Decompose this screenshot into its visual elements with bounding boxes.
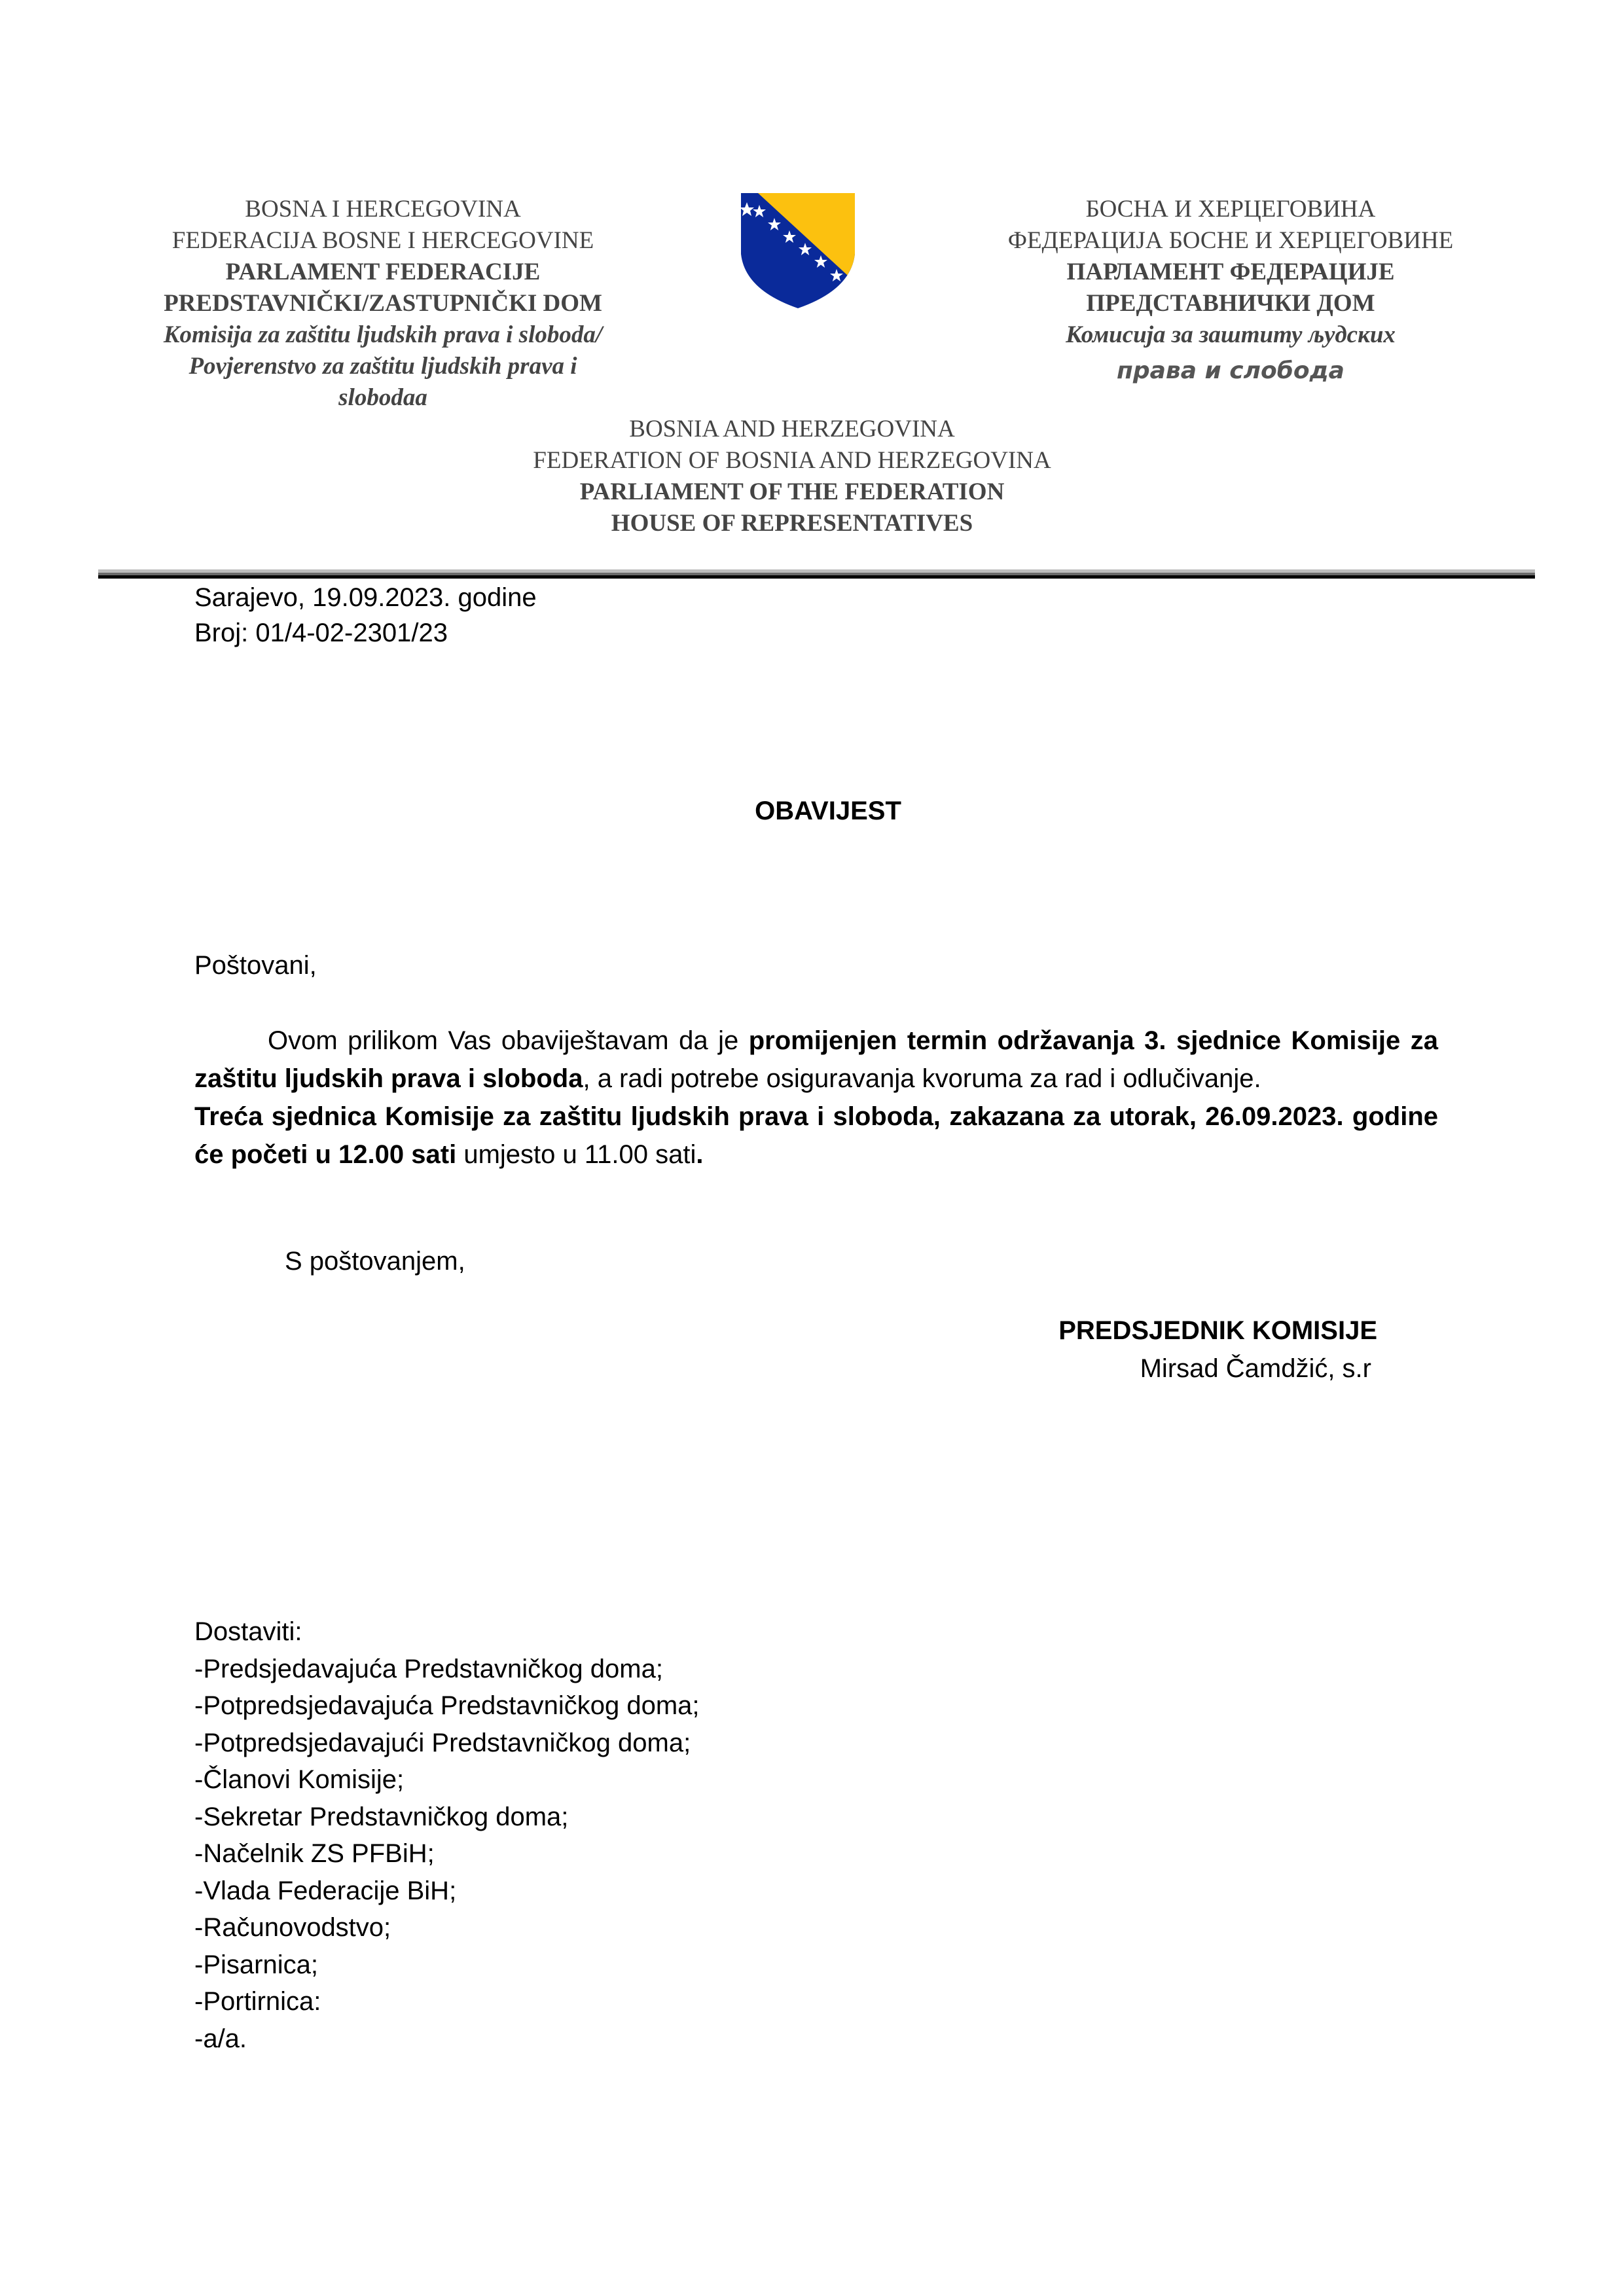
header-english-block: BOSNIA AND HERZEGOVINA FEDERATION OF BOS… (406, 414, 1178, 539)
header-commission-cyr-cont: права и слобода (956, 351, 1506, 391)
paragraph-2: Treća sjednica Komisije za zaštitu ljuds… (194, 1098, 1438, 1174)
list-item: -Vlada Federacije BiH; (194, 1873, 700, 1910)
header-commission-cyr: Комисија за заштиту људских (956, 319, 1506, 351)
list-item: -Sekretar Predstavničkog doma; (194, 1799, 700, 1836)
header-commission-alt-cont: slobodaa (111, 382, 655, 414)
distribution-heading: Dostaviti: (194, 1613, 700, 1651)
header-country-en: BOSNIA AND HERZEGOVINA (406, 414, 1178, 445)
header-latin-block: BOSNA I HERCEGOVINA FEDERACIJA BOSNE I H… (111, 194, 655, 414)
p1-text: Ovom prilikom Vas obaviještavam da je (268, 1026, 749, 1055)
closing: S poštovanjem, (285, 1242, 465, 1280)
reference-number: Broj: 01/4-02-2301/23 (194, 614, 537, 652)
signatory-role: PREDSJEDNIK KOMISIJE (916, 1312, 1519, 1350)
p2-end: . (696, 1140, 703, 1169)
p2-bold: Treća sjednica Komisije za zaštitu ljuds… (194, 1102, 1438, 1169)
header-parliament-en: PARLIAMENT OF THE FEDERATION (406, 476, 1178, 508)
header-country: BOSNA I HERCEGOVINA (111, 194, 655, 225)
header-federation-cyr: ФЕДЕРАЦИЈА БОСНЕ И ХЕРЦЕГОВИНЕ (956, 225, 1506, 257)
header-parliament-cyr: ПАРЛАМЕНТ ФЕДЕРАЦИЈЕ (956, 257, 1506, 288)
list-item: -Računovodstvo; (194, 1909, 700, 1946)
list-item: -Portirnica: (194, 1983, 700, 2020)
p2-text: umjesto u 11.00 sati (456, 1140, 696, 1169)
header-commission: Komisija za zaštitu ljudskih prava i slo… (111, 319, 655, 351)
header-country-cyr: БОСНА И ХЕРЦЕГОВИНА (956, 194, 1506, 225)
list-item: -Pisarnica; (194, 1946, 700, 1984)
greeting: Poštovani, (194, 946, 317, 984)
list-item: -Potpredsjedavajući Predstavničkog doma; (194, 1725, 700, 1762)
signatory-name: Mirsad Čamdžić, s.r (916, 1350, 1519, 1388)
header-house: PREDSTAVNIČKI/ZASTUPNIČKI DOM (111, 288, 655, 319)
coat-of-arms-icon (740, 192, 856, 308)
distribution-list: Dostaviti: -Predsjedavajuća Predstavničk… (194, 1613, 700, 2057)
signature-block: PREDSJEDNIK KOMISIJE Mirsad Čamdžić, s.r (916, 1312, 1519, 1388)
header-parliament: PARLAMENT FEDERACIJE (111, 257, 655, 288)
place-date: Sarajevo, 19.09.2023. godine (194, 579, 537, 617)
document-meta: Sarajevo, 19.09.2023. godine Broj: 01/4-… (194, 579, 537, 652)
list-item: -Predsjedavajuća Predstavničkog doma; (194, 1651, 700, 1688)
list-item: -Načelnik ZS PFBiH; (194, 1835, 700, 1873)
list-item: -a/a. (194, 2020, 700, 2058)
list-item: -Članovi Komisije; (194, 1761, 700, 1799)
paragraph-1: Ovom prilikom Vas obaviještavam da je pr… (194, 1022, 1438, 1098)
header-house-cyr: ПРЕДСТАВНИЧКИ ДОМ (956, 288, 1506, 319)
header-commission-alt: Povjerenstvo za zaštitu ljudskih prava i (111, 351, 655, 382)
document-title: OBAVIJEST (0, 792, 1624, 830)
header-divider (98, 569, 1535, 579)
header-federation-en: FEDERATION OF BOSNIA AND HERZEGOVINA (406, 445, 1178, 476)
body-text: Ovom prilikom Vas obaviještavam da je pr… (194, 1022, 1438, 1174)
list-item: -Potpredsjedavajuća Predstavničkog doma; (194, 1687, 700, 1725)
p1-text-end: , a radi potrebe osiguravanja kvoruma za… (583, 1064, 1261, 1093)
header-cyrillic-block: БОСНА И ХЕРЦЕГОВИНА ФЕДЕРАЦИЈА БОСНЕ И Х… (956, 194, 1506, 391)
header-federation: FEDERACIJA BOSNE I HERCEGOVINE (111, 225, 655, 257)
header-house-en: HOUSE OF REPRESENTATIVES (406, 508, 1178, 539)
